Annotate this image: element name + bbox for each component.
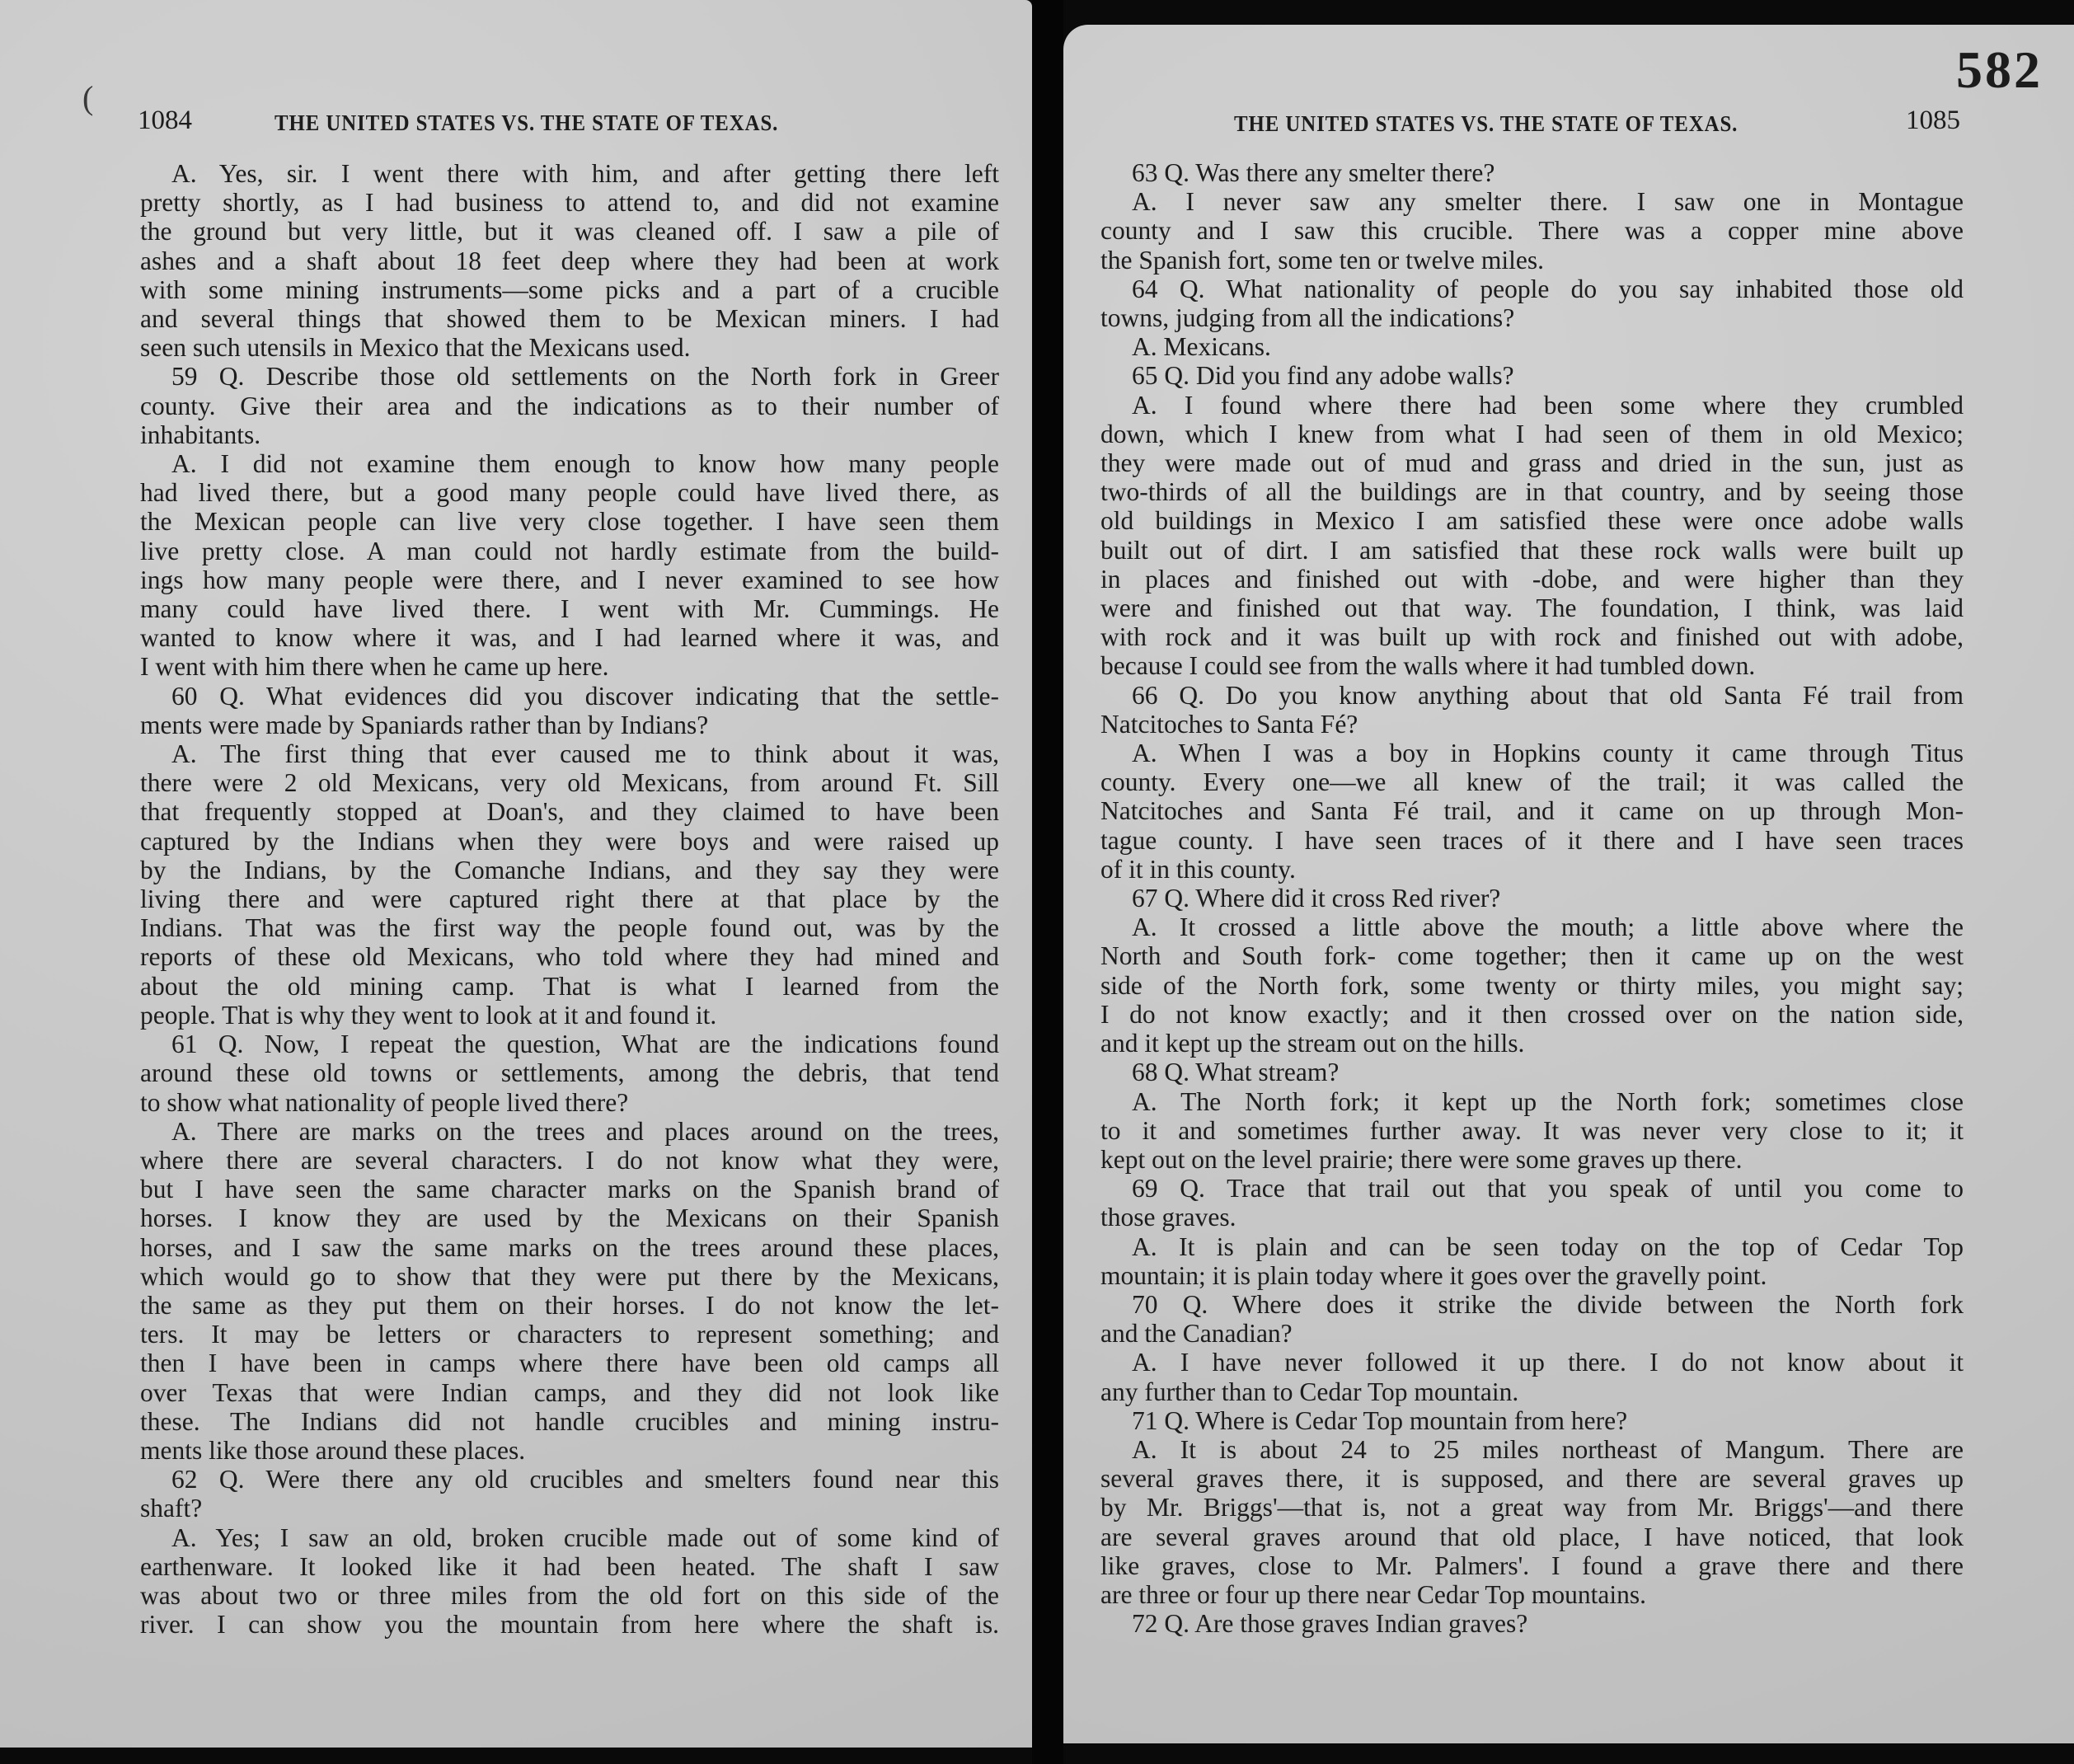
text-line: were and finished out that way. The foun…: [1100, 593, 1964, 622]
text-line: A. I have never followed it up there. I …: [1100, 1348, 1964, 1377]
text-line: two-thirds of all the buildings are in t…: [1100, 477, 1964, 506]
text-line: 66 Q. Do you know anything about that ol…: [1100, 681, 1964, 710]
text-line: ashes and a shaft about 18 feet deep whe…: [140, 246, 999, 275]
text-line: inhabitants.: [140, 420, 999, 449]
text-line: A. The first thing that ever caused me t…: [140, 739, 999, 768]
text-line: but I have seen the same character marks…: [140, 1175, 999, 1203]
text-line: 68 Q. What stream?: [1100, 1058, 1964, 1086]
text-line: with rock and it was built up with rock …: [1100, 622, 1964, 651]
text-line: by Mr. Briggs'—that is, not a great way …: [1100, 1493, 1964, 1522]
text-line: earthenware. It looked like it had been …: [140, 1552, 999, 1581]
text-line: are several graves around that old place…: [1100, 1522, 1964, 1551]
text-line: and the Canadian?: [1100, 1319, 1964, 1348]
text-line: A. When I was a boy in Hopkins county it…: [1100, 739, 1964, 767]
text-line: these. The Indians did not handle crucib…: [140, 1407, 999, 1436]
text-line: many could have lived there. I went with…: [140, 594, 999, 623]
text-line: ments were made by Spaniards rather than…: [140, 711, 999, 739]
text-line: North and South fork- come together; the…: [1100, 941, 1964, 970]
text-line: of it in this county.: [1100, 855, 1964, 884]
left-page-body: A. Yes, sir. I went there with him, and …: [140, 159, 999, 1639]
text-line: and it kept up the stream out on the hil…: [1100, 1029, 1964, 1058]
text-line: that frequently stopped at Doan's, and t…: [140, 797, 999, 826]
text-line: with some mining instruments—some picks …: [140, 275, 999, 304]
text-line: by the Indians, by the Comanche Indians,…: [140, 856, 999, 884]
stamp-number: 582: [1956, 40, 2043, 101]
text-line: tague county. I have seen traces of it t…: [1100, 826, 1964, 855]
book-gutter: [1032, 0, 1063, 1764]
text-line: I went with him there when he came up he…: [140, 652, 999, 681]
text-line: A. I did not examine them enough to know…: [140, 449, 999, 478]
text-line: then I have been in camps where there ha…: [140, 1349, 999, 1377]
text-line: ments like those around these places.: [140, 1436, 999, 1465]
text-line: over Texas that were Indian camps, and t…: [140, 1378, 999, 1407]
pencil-mark: (: [82, 78, 93, 117]
text-line: 59 Q. Describe those old settlements on …: [140, 362, 999, 391]
text-line: county. Give their area and the indicati…: [140, 392, 999, 420]
running-head-left: THE UNITED STATES VS. THE STATE OF TEXAS…: [274, 110, 778, 136]
text-line: 69 Q. Trace that trail out that you spea…: [1100, 1174, 1964, 1203]
text-line: to show what nationality of people lived…: [140, 1088, 999, 1117]
text-line: because I could see from the walls where…: [1100, 651, 1964, 680]
text-line: horses. I know they are used by the Mexi…: [140, 1203, 999, 1232]
text-line: shaft?: [140, 1494, 999, 1522]
text-line: those graves.: [1100, 1203, 1964, 1232]
text-line: mountain; it is plain today where it goe…: [1100, 1261, 1964, 1290]
text-line: county. Every one—we all knew of the tra…: [1100, 767, 1964, 796]
text-line: the ground but very little, but it was c…: [140, 217, 999, 246]
right-page-body: 63 Q. Was there any smelter there?A. I n…: [1100, 158, 1964, 1638]
text-line: A. Yes; I saw an old, broken crucible ma…: [140, 1523, 999, 1552]
text-line: A. It is about 24 to 25 miles northeast …: [1100, 1435, 1964, 1464]
text-line: A. Yes, sir. I went there with him, and …: [140, 159, 999, 188]
running-head-right: THE UNITED STATES VS. THE STATE OF TEXAS…: [1234, 111, 1738, 137]
text-line: people. That is why they went to look at…: [140, 1001, 999, 1030]
text-line: live pretty close. A man could not hardl…: [140, 537, 999, 565]
left-page: ( 1084 THE UNITED STATES VS. THE STATE O…: [0, 0, 1032, 1748]
text-line: which would go to show that they were pu…: [140, 1262, 999, 1291]
text-line: the Mexican people can live very close t…: [140, 507, 999, 536]
text-line: A. Mexicans.: [1100, 332, 1964, 361]
text-line: down, which I knew from what I had seen …: [1100, 420, 1964, 448]
page-number-right: 1085: [1906, 106, 1960, 136]
text-line: 63 Q. Was there any smelter there?: [1100, 158, 1964, 187]
text-line: 62 Q. Were there any old crucibles and s…: [140, 1465, 999, 1494]
text-line: A. There are marks on the trees and plac…: [140, 1117, 999, 1146]
text-line: the same as they put them on their horse…: [140, 1291, 999, 1320]
text-line: county and I saw this crucible. There wa…: [1100, 216, 1964, 245]
text-line: towns, judging from all the indications?: [1100, 303, 1964, 332]
text-line: to it and sometimes further away. It was…: [1100, 1116, 1964, 1145]
text-line: 67 Q. Where did it cross Red river?: [1100, 884, 1964, 912]
text-line: 61 Q. Now, I repeat the question, What a…: [140, 1030, 999, 1058]
text-line: Natcitoches and Santa Fé trail, and it c…: [1100, 796, 1964, 825]
text-line: Natcitoches to Santa Fé?: [1100, 710, 1964, 739]
text-line: any further than to Cedar Top mountain.: [1100, 1377, 1964, 1406]
text-line: A. It crossed a little above the mouth; …: [1100, 912, 1964, 941]
text-line: built out of dirt. I am satisfied that t…: [1100, 536, 1964, 565]
text-line: I do not know exactly; and it then cross…: [1100, 1000, 1964, 1029]
text-line: several graves there, it is supposed, an…: [1100, 1464, 1964, 1493]
text-line: in places and finished out with -dobe, a…: [1100, 565, 1964, 593]
text-line: they were made out of mud and grass and …: [1100, 448, 1964, 477]
text-line: 71 Q. Where is Cedar Top mountain from h…: [1100, 1406, 1964, 1435]
text-line: old buildings in Mexico I am satisfied t…: [1100, 506, 1964, 535]
text-line: wanted to know where it was, and I had l…: [140, 623, 999, 652]
text-line: was about two or three miles from the ol…: [140, 1581, 999, 1610]
text-line: and several things that showed them to b…: [140, 304, 999, 333]
page-number-left: 1084: [138, 106, 192, 136]
text-line: the Spanish fort, some ten or twelve mil…: [1100, 246, 1964, 274]
text-line: horses, and I saw the same marks on the …: [140, 1233, 999, 1262]
text-line: pretty shortly, as I had business to att…: [140, 188, 999, 217]
text-line: A. I found where there had been some whe…: [1100, 391, 1964, 420]
text-line: 65 Q. Did you find any adobe walls?: [1100, 361, 1964, 390]
text-line: A. The North fork; it kept up the North …: [1100, 1087, 1964, 1116]
text-line: around these old towns or settlements, a…: [140, 1058, 999, 1087]
text-line: where there are several characters. I do…: [140, 1146, 999, 1175]
text-line: reports of these old Mexicans, who told …: [140, 942, 999, 971]
text-line: 70 Q. Where does it strike the divide be…: [1100, 1290, 1964, 1319]
text-line: captured by the Indians when they were b…: [140, 827, 999, 856]
text-line: ters. It may be letters or characters to…: [140, 1320, 999, 1349]
text-line: living there and were captured right the…: [140, 884, 999, 913]
text-line: river. I can show you the mountain from …: [140, 1610, 999, 1639]
text-line: about the old mining camp. That is what …: [140, 972, 999, 1001]
text-line: 72 Q. Are those graves Indian graves?: [1100, 1609, 1964, 1638]
text-line: A. It is plain and can be seen today on …: [1100, 1232, 1964, 1261]
text-line: 60 Q. What evidences did you discover in…: [140, 682, 999, 711]
text-line: ings how many people were there, and I n…: [140, 565, 999, 594]
text-line: kept out on the level prairie; there wer…: [1100, 1145, 1964, 1174]
text-line: 64 Q. What nationality of people do you …: [1100, 274, 1964, 303]
right-page: 582 THE UNITED STATES VS. THE STATE OF T…: [1063, 25, 2074, 1743]
text-line: had lived there, but a good many people …: [140, 478, 999, 507]
text-line: A. I never saw any smelter there. I saw …: [1100, 187, 1964, 216]
text-line: are three or four up there near Cedar To…: [1100, 1580, 1964, 1609]
text-line: there were 2 old Mexicans, very old Mexi…: [140, 768, 999, 797]
text-line: seen such utensils in Mexico that the Me…: [140, 333, 999, 362]
text-line: side of the North fork, some twenty or t…: [1100, 971, 1964, 1000]
text-line: like graves, close to Mr. Palmers'. I fo…: [1100, 1551, 1964, 1580]
text-line: Indians. That was the first way the peop…: [140, 913, 999, 942]
